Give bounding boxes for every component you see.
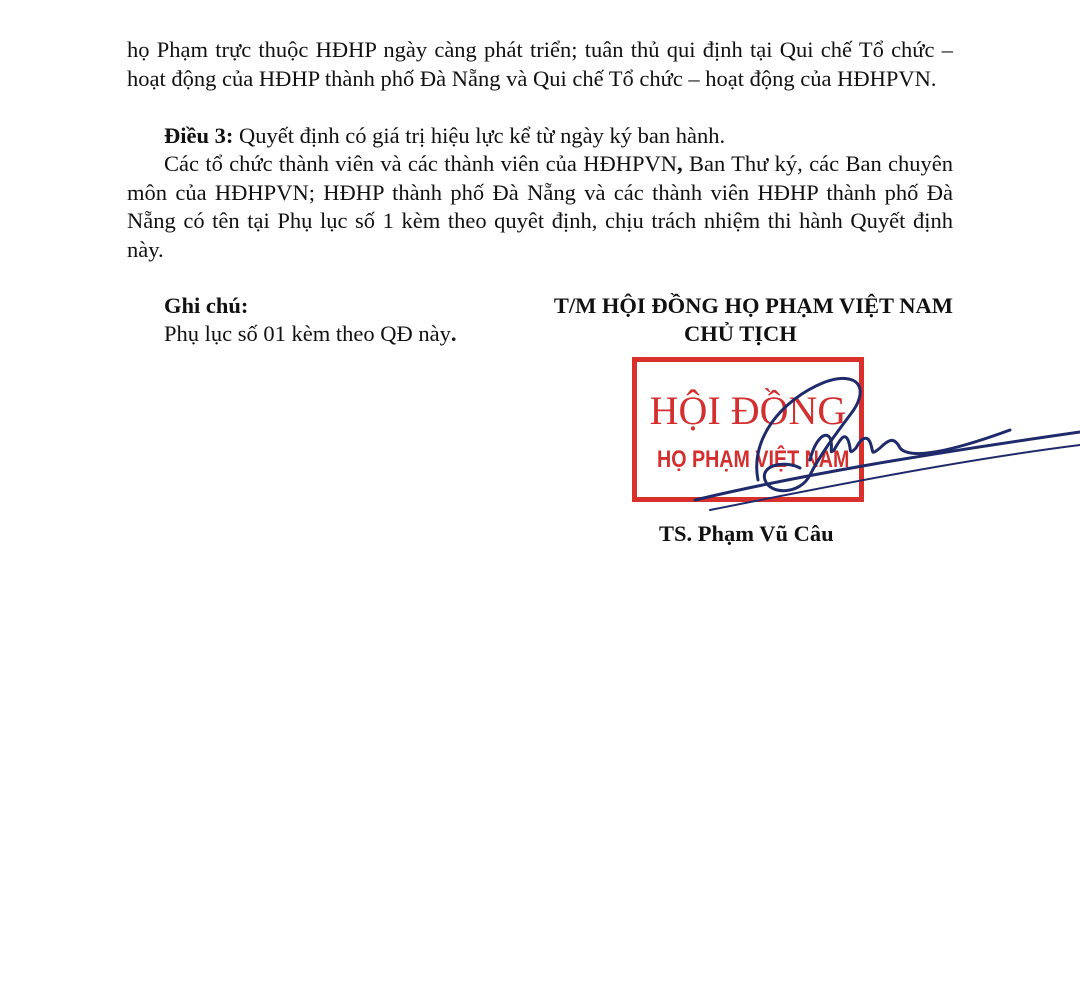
responsibility-paragraph: Các tổ chức thành viên và các thành viên… (127, 150, 953, 264)
notes-text-period: . (451, 321, 457, 346)
stamp-line-2: HỌ PHẠM VIỆT NAM (657, 446, 839, 474)
signer-role: CHỦ TỊCH (684, 321, 797, 347)
article-3: Điều 3: Quyết định có giá trị hiệu lực k… (127, 122, 953, 151)
article-3-text: Quyết định có giá trị hiệu lực kể từ ngà… (233, 123, 725, 148)
paragraph-continuation: họ Phạm trực thuộc HĐHP ngày càng phát t… (127, 36, 953, 93)
notes-text: Phụ lục số 01 kèm theo QĐ này. (164, 321, 456, 347)
notes-title: Ghi chú: (164, 293, 248, 319)
stamp-line-1: HỘI ĐỒNG (637, 390, 859, 432)
signer-name: TS. Phạm Vũ Câu (659, 521, 834, 547)
signing-organization: T/M HỘI ĐỒNG HỌ PHẠM VIỆT NAM (554, 293, 953, 319)
official-stamp: HỘI ĐỒNG HỌ PHẠM VIỆT NAM (632, 357, 864, 502)
responsibility-text-1: Các tổ chức thành viên và các thành viên… (164, 151, 677, 176)
notes-text-body: Phụ lục số 01 kèm theo QĐ này (164, 321, 451, 346)
article-3-label: Điều 3: (164, 123, 233, 148)
